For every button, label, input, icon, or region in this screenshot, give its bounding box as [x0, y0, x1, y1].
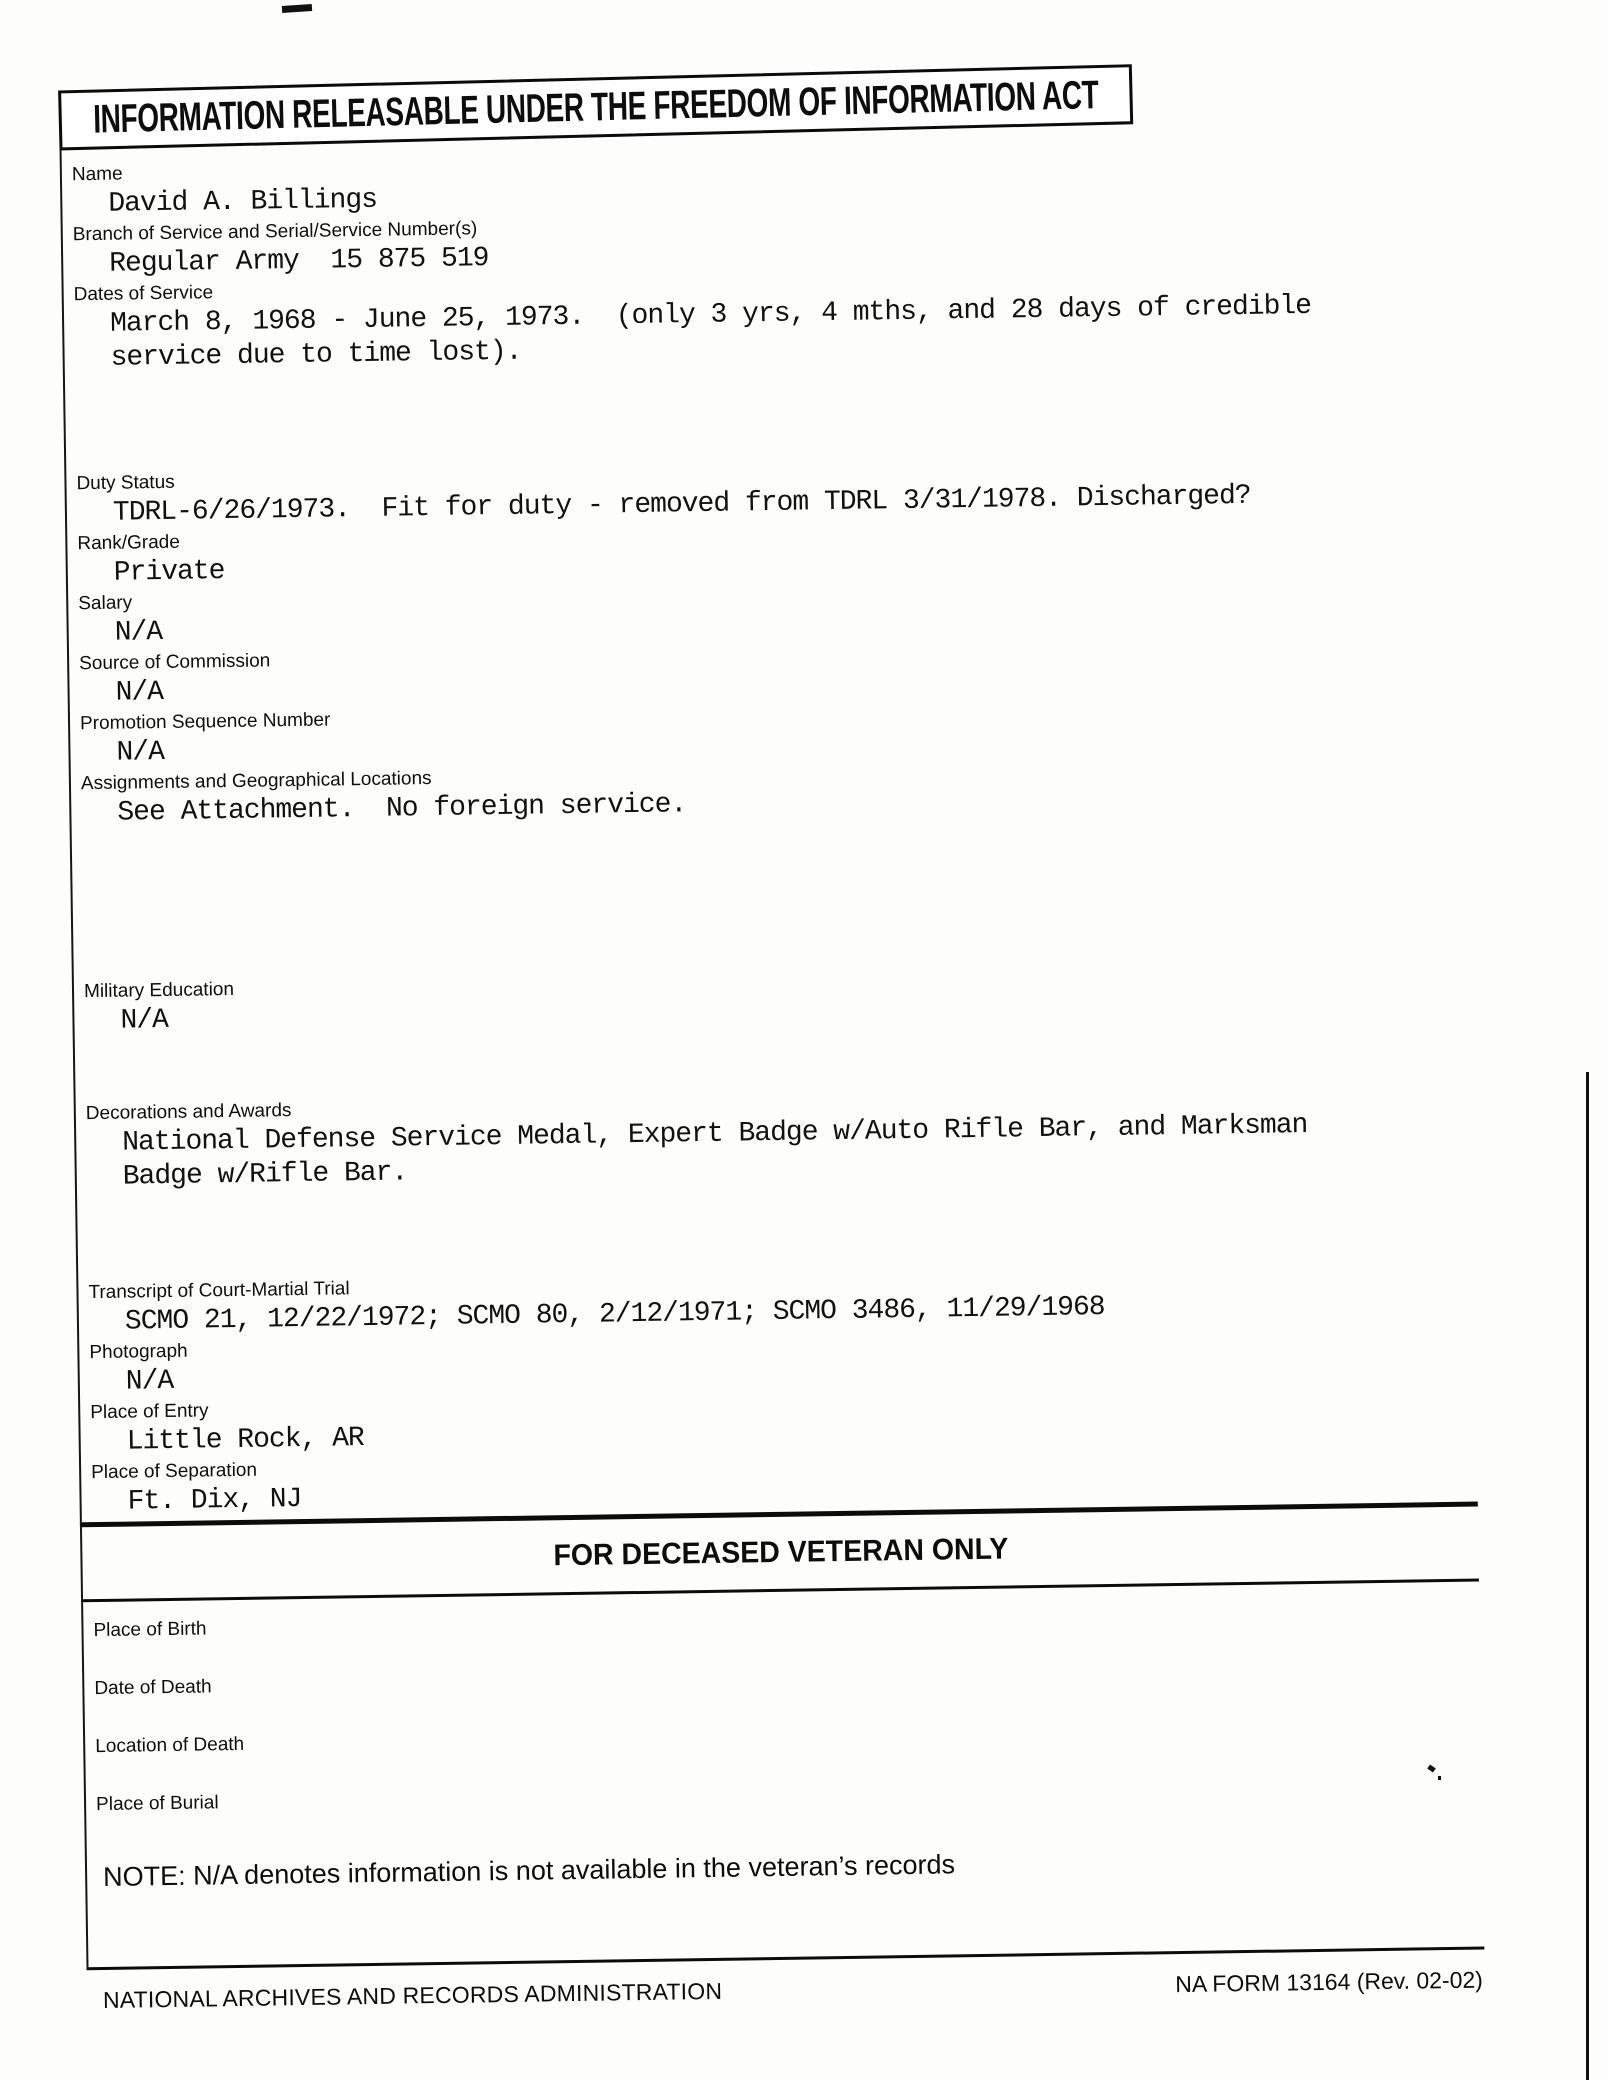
- scan-artifact: [1438, 1776, 1441, 1780]
- field-place-of-burial: Place of Burial: [96, 1772, 1482, 1819]
- na-note: NOTE: N/A denotes information is not ava…: [97, 1840, 1483, 1895]
- scan-edge-line: [1586, 1072, 1589, 2080]
- field-place-of-birth: Place of Birth: [93, 1598, 1479, 1645]
- service-info-section: Name David A. Billings Branch of Service…: [60, 130, 1478, 1523]
- form-footer: NATIONAL ARCHIVES AND RECORDS ADMINISTRA…: [87, 1967, 1485, 2015]
- form-title: INFORMATION RELEASABLE UNDER THE FREEDOM…: [93, 73, 1099, 143]
- field-label: Place of Burial: [96, 1772, 1482, 1819]
- field-date-of-death: Date of Death: [94, 1656, 1480, 1703]
- field-location-of-death: Location of Death: [95, 1714, 1481, 1761]
- agency-name: NATIONAL ARCHIVES AND RECORDS ADMINISTRA…: [103, 1978, 723, 2014]
- deceased-veteran-section: Place of Birth Date of Death Location of…: [81, 1582, 1484, 1971]
- field-decorations-awards: Decorations and Awards National Defense …: [86, 1081, 1473, 1196]
- foia-release-form: INFORMATION RELEASABLE UNDER THE FREEDOM…: [59, 70, 1485, 2015]
- field-military-education: Military Education N/A: [84, 959, 1471, 1040]
- field-label: Date of Death: [94, 1656, 1480, 1703]
- field-label: Place of Birth: [93, 1598, 1479, 1645]
- field-label: Location of Death: [95, 1714, 1481, 1761]
- form-number: NA FORM 13164 (Rev. 02-02): [1175, 1967, 1483, 1999]
- deceased-section-title: FOR DECEASED VETERAN ONLY: [553, 1533, 1008, 1574]
- scan-artifact: [282, 4, 312, 13]
